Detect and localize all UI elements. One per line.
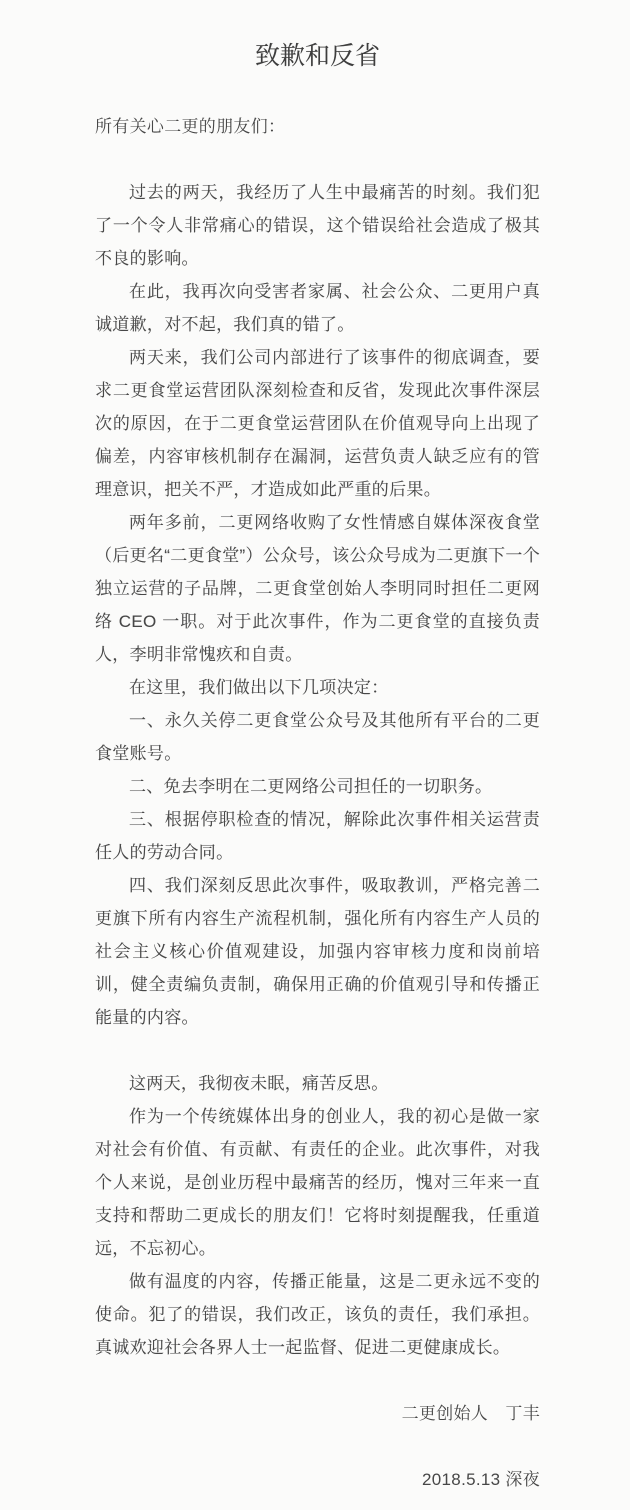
apology-letter-page: 致歉和反省 所有关心二更的朋友们： 过去的两天，我经历了人生中最痛苦的时刻。我们… xyxy=(0,0,630,1510)
letter-body: 过去的两天，我经历了人生中最痛苦的时刻。我们犯了一个令人非常痛心的错误，这个错误… xyxy=(95,176,540,1034)
decision-item-1: 一、永久关停二更食堂公众号及其他所有平台的二更食堂账号。 xyxy=(95,704,540,770)
paragraph: 过去的两天，我经历了人生中最痛苦的时刻。我们犯了一个令人非常痛心的错误，这个错误… xyxy=(95,176,540,275)
paragraph: 这两天，我彻夜未眠，痛苦反思。 xyxy=(95,1067,540,1100)
salutation: 所有关心二更的朋友们： xyxy=(95,110,540,143)
decision-item-3: 三、根据停职检查的情况，解除此次事件相关运营责任人的劳动合同。 xyxy=(95,803,540,869)
paragraph: 两天来，我们公司内部进行了该事件的彻底调查，要求二更食堂运营团队深刻检查和反省，… xyxy=(95,341,540,506)
paragraph: 作为一个传统媒体出身的创业人，我的初心是做一家对社会有价值、有贡献、有责任的企业… xyxy=(95,1100,540,1265)
paragraph: 两年多前，二更网络收购了女性情感自媒体深夜食堂（后更名“二更食堂”）公众号，该公… xyxy=(95,506,540,671)
letter-closing: 这两天，我彻夜未眠，痛苦反思。 作为一个传统媒体出身的创业人，我的初心是做一家对… xyxy=(95,1067,540,1364)
date: 2018.5.13 深夜 xyxy=(95,1463,540,1496)
signature: 二更创始人 丁丰 xyxy=(95,1397,540,1430)
page-title: 致歉和反省 xyxy=(95,38,540,74)
decision-item-4: 四、我们深刻反思此次事件，吸取教训，严格完善二更旗下所有内容生产流程机制，强化所… xyxy=(95,869,540,1034)
paragraph: 做有温度的内容，传播正能量，这是二更永远不变的使命。犯了的错误，我们改正，该负的… xyxy=(95,1265,540,1364)
paragraph: 在此，我再次向受害者家属、社会公众、二更用户真诚道歉，对不起，我们真的错了。 xyxy=(95,275,540,341)
decision-item-2: 二、免去李明在二更网络公司担任的一切职务。 xyxy=(95,770,540,803)
decisions-intro: 在这里，我们做出以下几项决定： xyxy=(95,671,540,704)
